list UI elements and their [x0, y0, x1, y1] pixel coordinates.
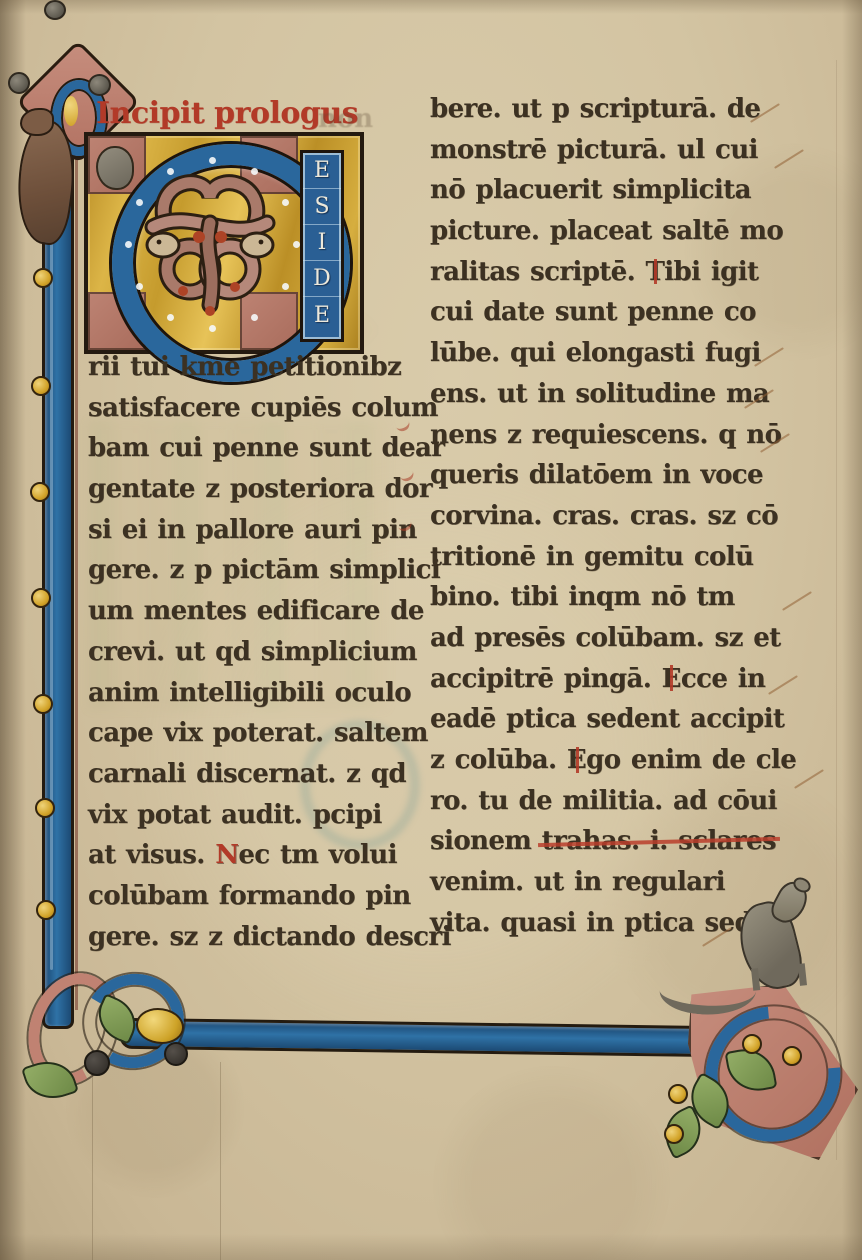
- text-line-with-initial: ralitas scriptē. Tibi igit: [430, 257, 770, 298]
- gold-berry: [782, 1046, 802, 1066]
- text-line: cape vix poterat. saltem: [88, 718, 418, 759]
- text-line-with-initial: accipitrē pingā. Ecce in: [430, 664, 770, 705]
- beast-legs: [751, 963, 807, 991]
- grey-ball-ornament: [8, 72, 30, 94]
- pen-flourish: [794, 769, 824, 789]
- gold-ball-ornament: [35, 798, 55, 818]
- text-line: venim. ut in regulari: [430, 867, 770, 908]
- beast-head-ornament: [96, 146, 134, 190]
- text-line: bam cui penne sunt dear: [88, 433, 418, 474]
- grey-ball-ornament: [88, 74, 111, 96]
- line-pre: sionem: [430, 826, 542, 856]
- bar-letter: E: [303, 153, 341, 189]
- rubricated-capital: E: [662, 664, 681, 694]
- parchment-crease: [220, 1062, 221, 1260]
- text-line: ens. ut in solitudine ma: [430, 379, 770, 420]
- text-line-with-strike: sionem trahas. i. sclares: [430, 826, 770, 867]
- line-pre: ralitas scriptē.: [430, 257, 646, 287]
- bar-letter: I: [303, 225, 341, 261]
- text-line: nens z requiescens. q nō: [430, 420, 770, 461]
- text-line: corvina. cras. cras. sz cō: [430, 501, 770, 542]
- text-line: ad presēs colūbam. sz et: [430, 623, 770, 664]
- text-line-with-initial: at visus. Nec tm volui: [88, 840, 418, 881]
- text-line: gentate z posteriora dor: [88, 474, 418, 515]
- text-line: eadē ptica sedent accipit: [430, 704, 770, 745]
- text-line: tritionē in gemitu colū: [430, 542, 770, 583]
- versal-initial: N: [215, 840, 238, 870]
- gold-ball-ornament: [31, 588, 51, 608]
- gold-berry: [668, 1084, 688, 1104]
- text-line: gere. z p pictām simplici: [88, 555, 418, 596]
- line-post: cce in: [681, 664, 765, 694]
- text-line: vix potat audit. pcipi: [88, 800, 418, 841]
- line-post: ibi igit: [664, 257, 758, 287]
- text-line: nō placuerit simplicita: [430, 175, 770, 216]
- gold-berry: [742, 1034, 762, 1054]
- text-line: satisfacere cupiēs colum: [88, 393, 418, 434]
- gold-ball-ornament: [33, 268, 53, 288]
- rubric-ghost-text: non: [318, 104, 373, 134]
- bar-letter: S: [303, 189, 341, 225]
- dark-ball-ornament: [164, 1042, 188, 1066]
- text-line: queris dilatōem in voce: [430, 460, 770, 501]
- text-line: rii tui kme petitionibz: [88, 352, 418, 393]
- top-edge-shadow: [0, 0, 862, 14]
- text-line: bino. tibi inqm nō tm: [430, 582, 770, 623]
- top-terminal-gold: [64, 96, 78, 126]
- text-line: cui date sunt penne co: [430, 297, 770, 338]
- line-pre: z colūba.: [430, 745, 567, 775]
- text-line: colūbam formando pin: [88, 881, 418, 922]
- pen-flourish: [768, 675, 798, 695]
- gold-ball-ornament: [33, 694, 53, 714]
- gold-ball-ornament: [31, 376, 51, 396]
- text-line: anim intelligibili oculo: [88, 678, 418, 719]
- line-pre: accipitrē pingā.: [430, 664, 662, 694]
- text-line: monstrē picturā. ul cui: [430, 135, 770, 176]
- parchment-crease: [92, 1068, 93, 1260]
- text-line: si ei in pallore auri pin: [88, 515, 418, 556]
- text-column-right: bere. ut p scripturā. de monstrē picturā…: [430, 94, 770, 948]
- text-line: picture. placeat saltē mo: [430, 216, 770, 257]
- text-line: carnali discernat. z qd: [88, 759, 418, 800]
- bar-letter: E: [303, 297, 341, 333]
- expunged-text: trahas. i. sclares: [542, 826, 776, 856]
- text-line: gere. sz z dictando descri: [88, 922, 418, 963]
- rubricated-capital: E: [567, 745, 586, 775]
- grey-ball-ornament: [44, 0, 66, 20]
- parchment-crease: [836, 60, 837, 1160]
- pen-flourish: [774, 149, 804, 169]
- line-post: go enim de cle: [586, 745, 796, 775]
- gold-ball-ornament: [36, 900, 56, 920]
- border-rose-line: [75, 150, 78, 1010]
- bottom-edge-shadow: [0, 1234, 862, 1260]
- gold-berry: [664, 1124, 684, 1144]
- right-edge-shadow: [842, 0, 862, 1260]
- line-pre: at visus.: [88, 840, 215, 870]
- text-line: lūbe. qui elongasti fugi: [430, 338, 770, 379]
- rubricated-capital: T: [646, 257, 665, 287]
- line-post: ec tm volui: [238, 840, 397, 870]
- pen-flourish: [782, 591, 812, 611]
- manuscript-page: Incipit prologus non: [0, 0, 862, 1260]
- text-line: crevi. ut qd simplicium: [88, 637, 418, 678]
- gold-leaf-ornament: [136, 1008, 184, 1044]
- border-bottom-bar: [120, 1018, 726, 1057]
- serpent-interlace: [133, 165, 287, 319]
- text-line: um mentes edificare de: [88, 596, 418, 637]
- text-line: vita. quasi in ptica sede: [430, 908, 770, 949]
- gold-ball-ornament: [30, 482, 50, 502]
- bar-letter: D: [303, 261, 341, 297]
- text-line: ro. tu de militia. ad cōui: [430, 786, 770, 827]
- text-line-with-initial: z colūba. Ego enim de cle: [430, 745, 770, 786]
- border-left-highlight: [50, 120, 53, 970]
- border-dragon-head: [20, 108, 54, 136]
- text-line: bere. ut p scripturā. de: [430, 94, 770, 135]
- illuminated-initial-panel: E S I D E: [84, 132, 364, 354]
- text-column-left: rii tui kme petitionibz satisfacere cupi…: [88, 352, 418, 962]
- dark-ball-ornament: [84, 1050, 110, 1076]
- initial-letter-bar: E S I D E: [300, 150, 344, 342]
